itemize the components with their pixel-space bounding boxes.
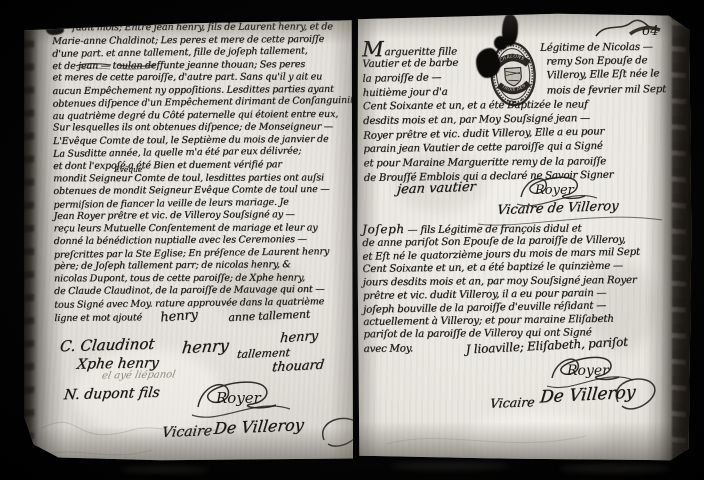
background-smudge [390,462,510,470]
signature-henry-right: henry [279,329,318,347]
text-line-fragment: avec Moy. [364,344,413,356]
signature-henry-center: henry [181,336,230,358]
text-line: Sur lesquelles ils ont obtenues diſpence… [53,122,351,136]
signature-claudinot: C. Claudinot [59,335,156,356]
text-line-fragment: la paroiſſe de — [362,73,441,85]
text-line: Joſeph — fils Légitime de françois didul… [362,221,658,237]
page-stack-edge [660,12,692,462]
background-smudge [560,464,670,473]
signature-tallement: tallement [236,346,290,361]
signature-dupont: N. dupont fils [63,385,161,404]
signature-vicaire: Vicaire [489,394,535,411]
archival-register-scan: ſudit mois; Entre jean henry, fils de La… [0,0,704,480]
text-line: nicolas Dupont, tous de cette paroiſſe; … [54,272,352,286]
text-line-fragment: mois de fevrier mil Sept [547,83,667,99]
decorated-initial: M [362,44,383,54]
signature-faint-scrawl: el ayé liépanol [101,369,176,381]
paraph-name: Royer [534,183,575,198]
text-line: reçu leurs Mutuelle Conſentement de mari… [54,222,352,236]
right-page: 64 CHALONS TROIS DEN Margueritte fille [356,12,692,462]
marriage-act-text: ſudit mois; Entre jean henry, fils de La… [52,21,352,324]
signature-henry-inline: henry [160,309,198,324]
text-line-fragment: huitième jour d'a [363,86,448,98]
text-line: et meres de cette paroiſſe, d'autre part… [52,71,350,85]
text-line: ſudit mois; Entre jean henry, fils de La… [52,21,350,35]
text-line-fragment: Villeroy, Elle Eſt née le [546,68,659,84]
baptism-act-margueritte: Margueritte fille Légitime de Nicolas — … [362,40,660,186]
signature-flourish-icon [312,412,364,454]
signature-anne-tallement-inline: anne tallement [228,308,310,324]
text-line: Cent Soixante et un, et a été Baptizée l… [363,98,659,115]
signature-jean-vautier: jean vautier [396,180,476,198]
text-line-fragment: Vautier et de barbe [362,58,458,70]
baptism-act-joseph: Joſeph — fils Légitime de françois didul… [362,220,660,355]
paraph-name: Royer [215,389,262,407]
ghost-scrawl [376,424,596,464]
binding-edge [22,18,49,462]
text-line-with-insertion: mondit Seigneur Comte de toul, lesdittes… [53,172,351,186]
text-line-fragment: ligne et mot ajouté [54,312,142,324]
left-page: ſudit mois; Entre jean henry, fils de La… [22,18,353,462]
ghost-scrawl [32,406,232,466]
record-first-word: Joſeph [362,222,405,236]
signature-flourish-icon [604,372,660,418]
text-line: jours desdits mois et an, par moy Souſsi… [363,273,659,289]
text-line: et pour Maraine Margueritte remy de la p… [364,154,660,171]
text-line-fragment: — fils Légitime de françois didul et [407,223,581,236]
inserted-word: Evêque [114,165,142,174]
svg-text:64: 64 [642,24,659,39]
text-line: et dont l'expoſé a été Bien et duement v… [53,159,351,174]
background-smudge [120,466,210,473]
